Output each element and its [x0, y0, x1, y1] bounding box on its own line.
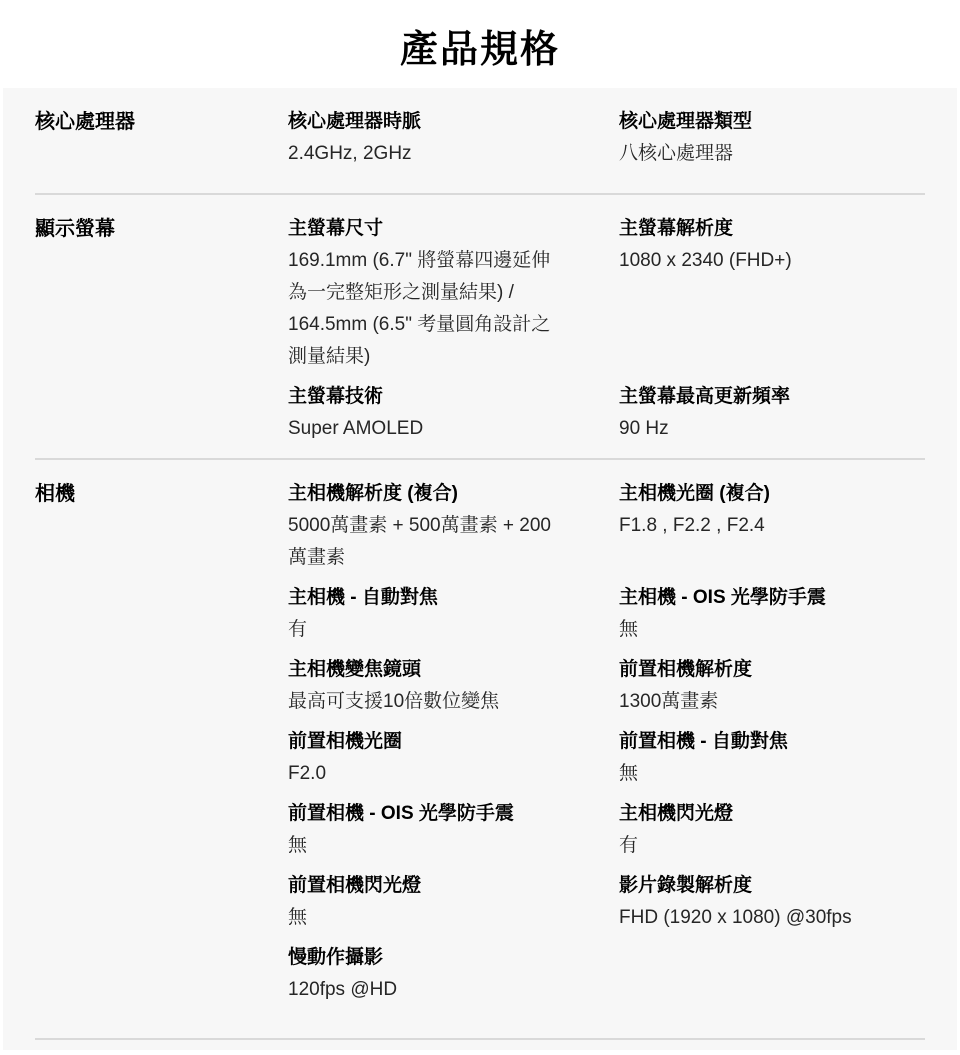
spec-section: 核心處理器核心處理器時脈2.4GHz, 2GHz核心處理器類型八核心處理器	[3, 88, 957, 178]
spec-cell: 前置相機 - 自動對焦無	[619, 726, 925, 790]
spec-value: 2.4GHz, 2GHz	[288, 138, 595, 170]
spec-cell: 主相機 - 自動對焦有	[288, 582, 619, 646]
spec-value: 有	[619, 830, 901, 862]
spec-cell: 主螢幕尺寸169.1mm (6.7" 將螢幕四邊延伸 為一完整矩形之測量結果) …	[288, 213, 619, 373]
spec-label: 前置相機閃光燈	[288, 870, 595, 902]
spec-row: 主螢幕尺寸169.1mm (6.7" 將螢幕四邊延伸 為一完整矩形之測量結果) …	[288, 213, 925, 373]
spec-cell: 影片錄製解析度FHD (1920 x 1080) @30fps	[619, 870, 925, 934]
spec-value: 無	[288, 830, 595, 862]
spec-label: 主相機 - OIS 光學防手震	[619, 582, 901, 614]
spec-cell: 主相機解析度 (複合)5000萬畫素 + 500萬畫素 + 200 萬畫素	[288, 478, 619, 574]
spec-value: 169.1mm (6.7" 將螢幕四邊延伸 為一完整矩形之測量結果) / 164…	[288, 245, 595, 373]
spec-value: 120fps @HD	[288, 974, 595, 1006]
page-title: 產品規格	[0, 0, 960, 73]
spec-row: 主螢幕技術Super AMOLED主螢幕最高更新頻率90 Hz	[288, 381, 925, 445]
spec-page: 產品規格 核心處理器核心處理器時脈2.4GHz, 2GHz核心處理器類型八核心處…	[0, 0, 960, 1055]
spec-cell: 主相機光圈 (複合)F1.8 , F2.2 , F2.4	[619, 478, 925, 574]
spec-label: 主螢幕解析度	[619, 213, 901, 245]
spec-row: 主相機解析度 (複合)5000萬畫素 + 500萬畫素 + 200 萬畫素主相機…	[288, 478, 925, 574]
section-content: 主螢幕尺寸169.1mm (6.7" 將螢幕四邊延伸 為一完整矩形之測量結果) …	[288, 213, 925, 453]
section-divider	[35, 1038, 925, 1040]
spec-section: 相機主相機解析度 (複合)5000萬畫素 + 500萬畫素 + 200 萬畫素主…	[3, 460, 957, 1014]
spec-row: 慢動作攝影120fps @HD	[288, 942, 925, 1006]
spec-cell: 核心處理器時脈2.4GHz, 2GHz	[288, 106, 619, 170]
spec-value: 1300萬畫素	[619, 686, 901, 718]
spec-label: 主螢幕最高更新頻率	[619, 381, 901, 413]
spec-value: 1080 x 2340 (FHD+)	[619, 245, 901, 277]
spec-cell	[619, 942, 925, 1006]
spec-label: 前置相機光圈	[288, 726, 595, 758]
spec-label: 影片錄製解析度	[619, 870, 901, 902]
section-category-label: 顯示螢幕	[35, 213, 288, 453]
spec-value: FHD (1920 x 1080) @30fps	[619, 902, 901, 934]
spec-value: Super AMOLED	[288, 413, 595, 445]
spec-cell: 主相機 - OIS 光學防手震無	[619, 582, 925, 646]
spec-row: 主相機 - 自動對焦有主相機 - OIS 光學防手震無	[288, 582, 925, 646]
spec-cell: 主相機閃光燈有	[619, 798, 925, 862]
spec-value: 有	[288, 614, 595, 646]
spec-value: 90 Hz	[619, 413, 901, 445]
spec-value: 無	[619, 758, 901, 790]
spec-panel: 核心處理器核心處理器時脈2.4GHz, 2GHz核心處理器類型八核心處理器顯示螢…	[3, 88, 957, 1050]
spec-label: 核心處理器類型	[619, 106, 901, 138]
spec-label: 核心處理器時脈	[288, 106, 595, 138]
section-content: 核心處理器時脈2.4GHz, 2GHz核心處理器類型八核心處理器	[288, 106, 925, 178]
section-category-label: 相機	[35, 478, 288, 1014]
spec-cell: 前置相機解析度1300萬畫素	[619, 654, 925, 718]
spec-value: 無	[288, 902, 595, 934]
spec-cell: 核心處理器類型八核心處理器	[619, 106, 925, 170]
spec-value: 5000萬畫素 + 500萬畫素 + 200 萬畫素	[288, 510, 595, 574]
spec-row: 主相機變焦鏡頭最高可支援10倍數位變焦前置相機解析度1300萬畫素	[288, 654, 925, 718]
spec-row: 前置相機閃光燈無影片錄製解析度FHD (1920 x 1080) @30fps	[288, 870, 925, 934]
spec-label: 前置相機 - 自動對焦	[619, 726, 901, 758]
spec-row: 前置相機光圈F2.0前置相機 - 自動對焦無	[288, 726, 925, 790]
spec-cell: 前置相機光圈F2.0	[288, 726, 619, 790]
spec-cell: 慢動作攝影120fps @HD	[288, 942, 619, 1006]
spec-cell: 主螢幕技術Super AMOLED	[288, 381, 619, 445]
spec-value: 八核心處理器	[619, 138, 901, 170]
spec-cell: 主螢幕最高更新頻率90 Hz	[619, 381, 925, 445]
section-content: 主相機解析度 (複合)5000萬畫素 + 500萬畫素 + 200 萬畫素主相機…	[288, 478, 925, 1014]
section-category-label: 核心處理器	[35, 106, 288, 178]
spec-label: 主相機解析度 (複合)	[288, 478, 595, 510]
spec-value: F2.0	[288, 758, 595, 790]
spec-label: 主相機閃光燈	[619, 798, 901, 830]
spec-label: 主螢幕技術	[288, 381, 595, 413]
spec-label: 前置相機解析度	[619, 654, 901, 686]
spec-label: 前置相機 - OIS 光學防手震	[288, 798, 595, 830]
spec-label: 主相機 - 自動對焦	[288, 582, 595, 614]
spec-cell: 前置相機 - OIS 光學防手震無	[288, 798, 619, 862]
spec-row: 前置相機 - OIS 光學防手震無主相機閃光燈有	[288, 798, 925, 862]
spec-value: 無	[619, 614, 901, 646]
spec-label: 主螢幕尺寸	[288, 213, 595, 245]
spec-label: 主相機變焦鏡頭	[288, 654, 595, 686]
spec-row: 核心處理器時脈2.4GHz, 2GHz核心處理器類型八核心處理器	[288, 106, 925, 170]
spec-section: 顯示螢幕主螢幕尺寸169.1mm (6.7" 將螢幕四邊延伸 為一完整矩形之測量…	[3, 195, 957, 453]
spec-cell: 前置相機閃光燈無	[288, 870, 619, 934]
spec-value: F1.8 , F2.2 , F2.4	[619, 510, 901, 542]
spec-cell: 主相機變焦鏡頭最高可支援10倍數位變焦	[288, 654, 619, 718]
spec-label: 慢動作攝影	[288, 942, 595, 974]
spec-label: 主相機光圈 (複合)	[619, 478, 901, 510]
spec-value: 最高可支援10倍數位變焦	[288, 686, 595, 718]
spec-cell: 主螢幕解析度1080 x 2340 (FHD+)	[619, 213, 925, 373]
